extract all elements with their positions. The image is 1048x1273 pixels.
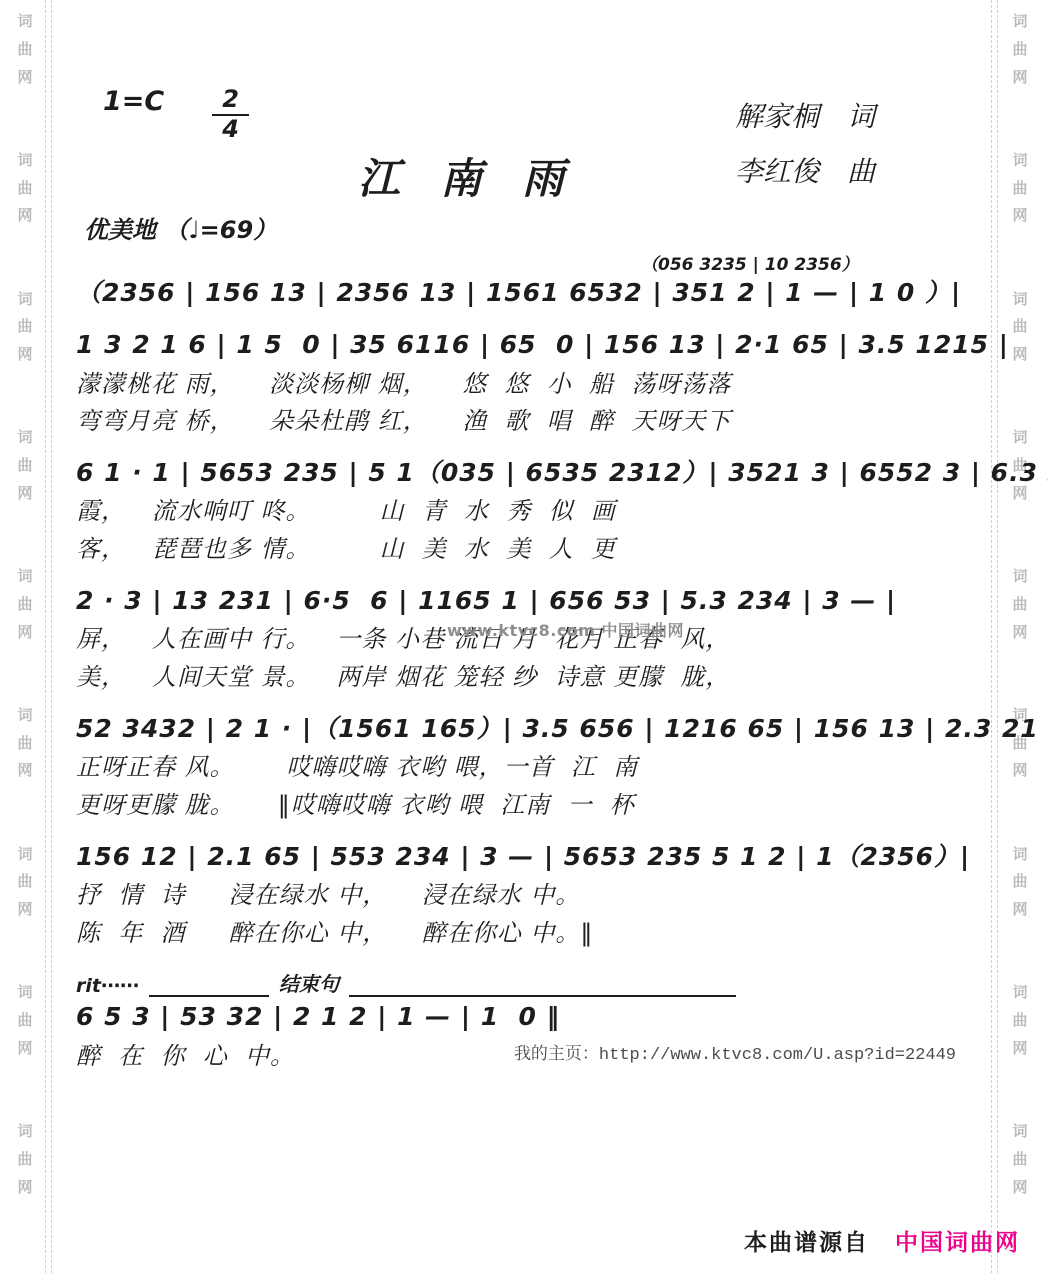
- final-lyric-row: 醉 在 你 心 中。 我的主页：http://www.ktvc8.com/U.a…: [76, 1033, 956, 1071]
- page-title: 江南雨: [358, 146, 604, 206]
- notation-line: 2 · 3 | 13 231 | 6·5 6 | 1165 1 | 656 53…: [76, 585, 981, 616]
- composer-credit: 李红俊 曲: [735, 145, 875, 200]
- notation-line: （2356 | 156 13 | 2356 13 | 1561 6532 | 3…: [76, 277, 981, 308]
- source-label: 本曲谱源自: [744, 1230, 869, 1256]
- ending-label: 结束句: [279, 968, 339, 997]
- side-watermark-column: 词 曲 网 词 曲 网 词 曲 网 词 曲 网 词 曲 网 词 曲 网 词 曲 …: [8, 8, 42, 1201]
- music-system-5: 52 3432 | 2 1 · |（1561 165）| 3.5 656 | 1…: [76, 713, 981, 820]
- ending-header: rit⋯⋯ 结束句: [76, 968, 736, 997]
- lyrics-line: 更呀更朦 胧。 ‖哎嗨哎嗨 衣哟 喂 江南 一 杯: [76, 791, 981, 820]
- source-attribution: 本曲谱源自中国词曲网: [744, 1224, 1020, 1257]
- lyrics-line: 醉 在 你 心 中。: [76, 1042, 295, 1071]
- ending-bracket-line: [149, 995, 269, 997]
- lyricist-credit: 解家桐 词: [735, 90, 875, 145]
- ending-bracket-line: [349, 995, 736, 997]
- lyrics-line: 客， 琵琶也多 情。 山 美 水 美 人 更: [76, 535, 981, 564]
- time-denominator: 4: [212, 116, 249, 144]
- system-annotation: （056 3235 | 10 2356）: [641, 250, 981, 275]
- music-system-7: rit⋯⋯ 结束句 6 5 3 | 53 32 | 2 1 2 | 1 — | …: [76, 968, 981, 1070]
- key-signature: 1=C: [103, 86, 164, 117]
- watermark-dashed-line: [997, 0, 998, 1273]
- notation-line: 6 1 · 1 | 5653 235 | 5 1（035 | 6535 2312…: [76, 457, 981, 488]
- lyrics-line: 霞， 流水响叮 咚。 山 青 水 秀 似 画: [76, 497, 981, 526]
- rit-marking: rit⋯⋯: [76, 975, 139, 997]
- center-watermark: www.ktvc8.com 中国词曲网: [447, 618, 684, 641]
- music-system-3: 6 1 · 1 | 5653 235 | 5 1（035 | 6535 2312…: [76, 457, 981, 564]
- side-watermark-column: 词 曲 网 词 曲 网 词 曲 网 词 曲 网 词 曲 网 词 曲 网 词 曲 …: [1003, 8, 1037, 1201]
- music-system-2: 1 3 2 1 6 | 1 5 0 | 35 6116 | 65 0 | 156…: [76, 329, 981, 436]
- score-page: 词 曲 网 词 曲 网 词 曲 网 词 曲 网 词 曲 网 词 曲 网 词 曲 …: [0, 0, 1048, 1273]
- homepage-url: 我的主页：http://www.ktvc8.com/U.asp?id=22449: [514, 1039, 956, 1071]
- notation-line: 156 12 | 2.1 65 | 553 234 | 3 — | 5653 2…: [76, 841, 981, 872]
- watermark-dashed-line: [45, 0, 46, 1273]
- lyrics-line: 抒 情 诗 浸在绿水 中， 浸在绿水 中。: [76, 881, 981, 910]
- notation-line: 6 5 3 | 53 32 | 2 1 2 | 1 — | 1 0 ‖: [76, 1001, 981, 1032]
- lyrics-line: 濛濛桃花 雨， 淡淡杨柳 烟， 悠 悠 小 船 荡呀荡落: [76, 370, 981, 399]
- source-site-name: 中国词曲网: [895, 1230, 1020, 1256]
- lyrics-line: 陈 年 酒 醉在你心 中， 醉在你心 中。‖: [76, 919, 981, 948]
- watermark-dashed-line: [51, 0, 52, 1273]
- lyrics-line: 正呀正春 风。 哎嗨哎嗨 衣哟 喂，一首 江 南: [76, 753, 981, 782]
- time-numerator: 2: [212, 86, 249, 116]
- notation-line: 1 3 2 1 6 | 1 5 0 | 35 6116 | 65 0 | 156…: [76, 329, 981, 360]
- tempo-marking: 优美地 （♩=69）: [84, 210, 277, 245]
- lyrics-line: 弯弯月亮 桥， 朵朵杜鹃 红， 渔 歌 唱 醉 天呀天下: [76, 407, 981, 436]
- watermark-dashed-line: [991, 0, 992, 1273]
- credits: 解家桐 词 李红俊 曲: [735, 90, 875, 199]
- time-signature: 2 4: [212, 86, 249, 143]
- key-time-signature: 1=C 2 4: [103, 86, 249, 143]
- music-system-6: 156 12 | 2.1 65 | 553 234 | 3 — | 5653 2…: [76, 841, 981, 948]
- score-body: （056 3235 | 10 2356） （2356 | 156 13 | 23…: [76, 250, 981, 1092]
- notation-line: 52 3432 | 2 1 · |（1561 165）| 3.5 656 | 1…: [76, 713, 981, 744]
- music-system-1: （056 3235 | 10 2356） （2356 | 156 13 | 23…: [76, 250, 981, 308]
- lyrics-line: 美， 人间天堂 景。 两岸 烟花 笼轻 纱 诗意 更朦 胧，: [76, 663, 981, 692]
